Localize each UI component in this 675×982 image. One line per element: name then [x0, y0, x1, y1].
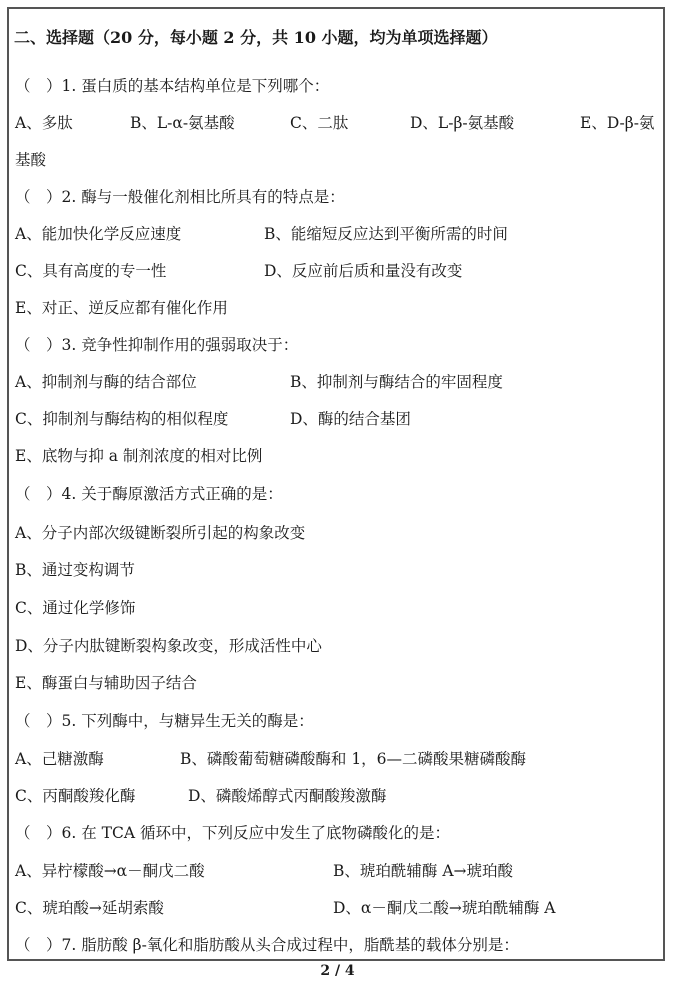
- question-6-stem: （ ）6. 在 TCA 循环中，下列反应中发生了底物磷酸化的是：: [15, 823, 450, 843]
- q1-option-e-continuation: 基酸: [15, 150, 46, 170]
- q5-option-b: B、磷酸葡萄糖磷酸酶和 1，6—二磷酸果糖磷酸酶: [180, 749, 526, 769]
- q6-option-c: C、琥珀酸→延胡索酸: [15, 898, 164, 918]
- q3-option-d: D、酶的结合基团: [290, 409, 411, 429]
- q4-option-e: E、酶蛋白与辅助因子结合: [15, 673, 197, 693]
- q5-option-d: D、磷酸烯醇式丙酮酸羧激酶: [188, 786, 386, 806]
- q2-option-d: D、反应前后质和量没有改变: [264, 261, 462, 281]
- q2-option-b: B、能缩短反应达到平衡所需的时间: [264, 224, 508, 244]
- section-title: 二、选择题（20 分，每小题 2 分，共 10 小题，均为单项选择题）: [14, 28, 498, 48]
- q2-option-c: C、具有高度的专一性: [15, 261, 166, 281]
- question-7-stem: （ ）7. 脂肪酸 β-氧化和脂肪酸从头合成过程中，脂酰基的载体分别是：: [15, 935, 519, 955]
- q4-option-d: D、分子内肽键断裂构象改变，形成活性中心: [15, 636, 322, 656]
- q6-option-a: A、异柠檬酸→α－酮戊二酸: [15, 861, 205, 881]
- q1-option-e: E、D-β-氨: [580, 113, 654, 133]
- q5-option-c: C、丙酮酸羧化酶: [15, 786, 135, 806]
- q1-option-c: C、二肽: [290, 113, 348, 133]
- q1-option-a: A、多肽: [15, 113, 73, 133]
- question-5-stem: （ ）5. 下列酶中，与糖异生无关的酶是：: [15, 711, 314, 731]
- q4-option-a: A、分子内部次级键断裂所引起的构象改变: [15, 523, 305, 543]
- question-2-stem: （ ）2. 酶与一般催化剂相比所具有的特点是：: [15, 187, 345, 207]
- q4-option-b: B、通过变构调节: [15, 560, 135, 580]
- q3-option-b: B、抑制剂与酶结合的牢固程度: [290, 372, 503, 392]
- q1-option-d: D、L-β-氨基酸: [410, 113, 514, 133]
- page-number: 2 / 4: [0, 962, 675, 980]
- q6-option-d: D、α－酮戊二酸→琥珀酰辅酶 A: [333, 898, 556, 918]
- q1-option-b: B、L-α-氨基酸: [130, 113, 235, 133]
- q5-option-a: A、己糖激酶: [15, 749, 104, 769]
- q3-option-a: A、抑制剂与酶的结合部位: [15, 372, 197, 392]
- q2-option-a: A、能加快化学反应速度: [15, 224, 181, 244]
- q6-option-b: B、琥珀酰辅酶 A→琥珀酸: [333, 861, 513, 881]
- q3-option-e: E、底物与抑 a 制剂浓度的相对比例: [15, 446, 262, 466]
- question-4-stem: （ ）4. 关于酶原激活方式正确的是：: [15, 484, 283, 504]
- q4-option-c: C、通过化学修饰: [15, 598, 135, 618]
- q2-option-e: E、对正、逆反应都有催化作用: [15, 298, 228, 318]
- question-3-stem: （ ）3. 竞争性抑制作用的强弱取决于：: [15, 335, 298, 355]
- question-1-stem: （ ）1. 蛋白质的基本结构单位是下列哪个：: [15, 76, 329, 96]
- q3-option-c: C、抑制剂与酶结构的相似程度: [15, 409, 228, 429]
